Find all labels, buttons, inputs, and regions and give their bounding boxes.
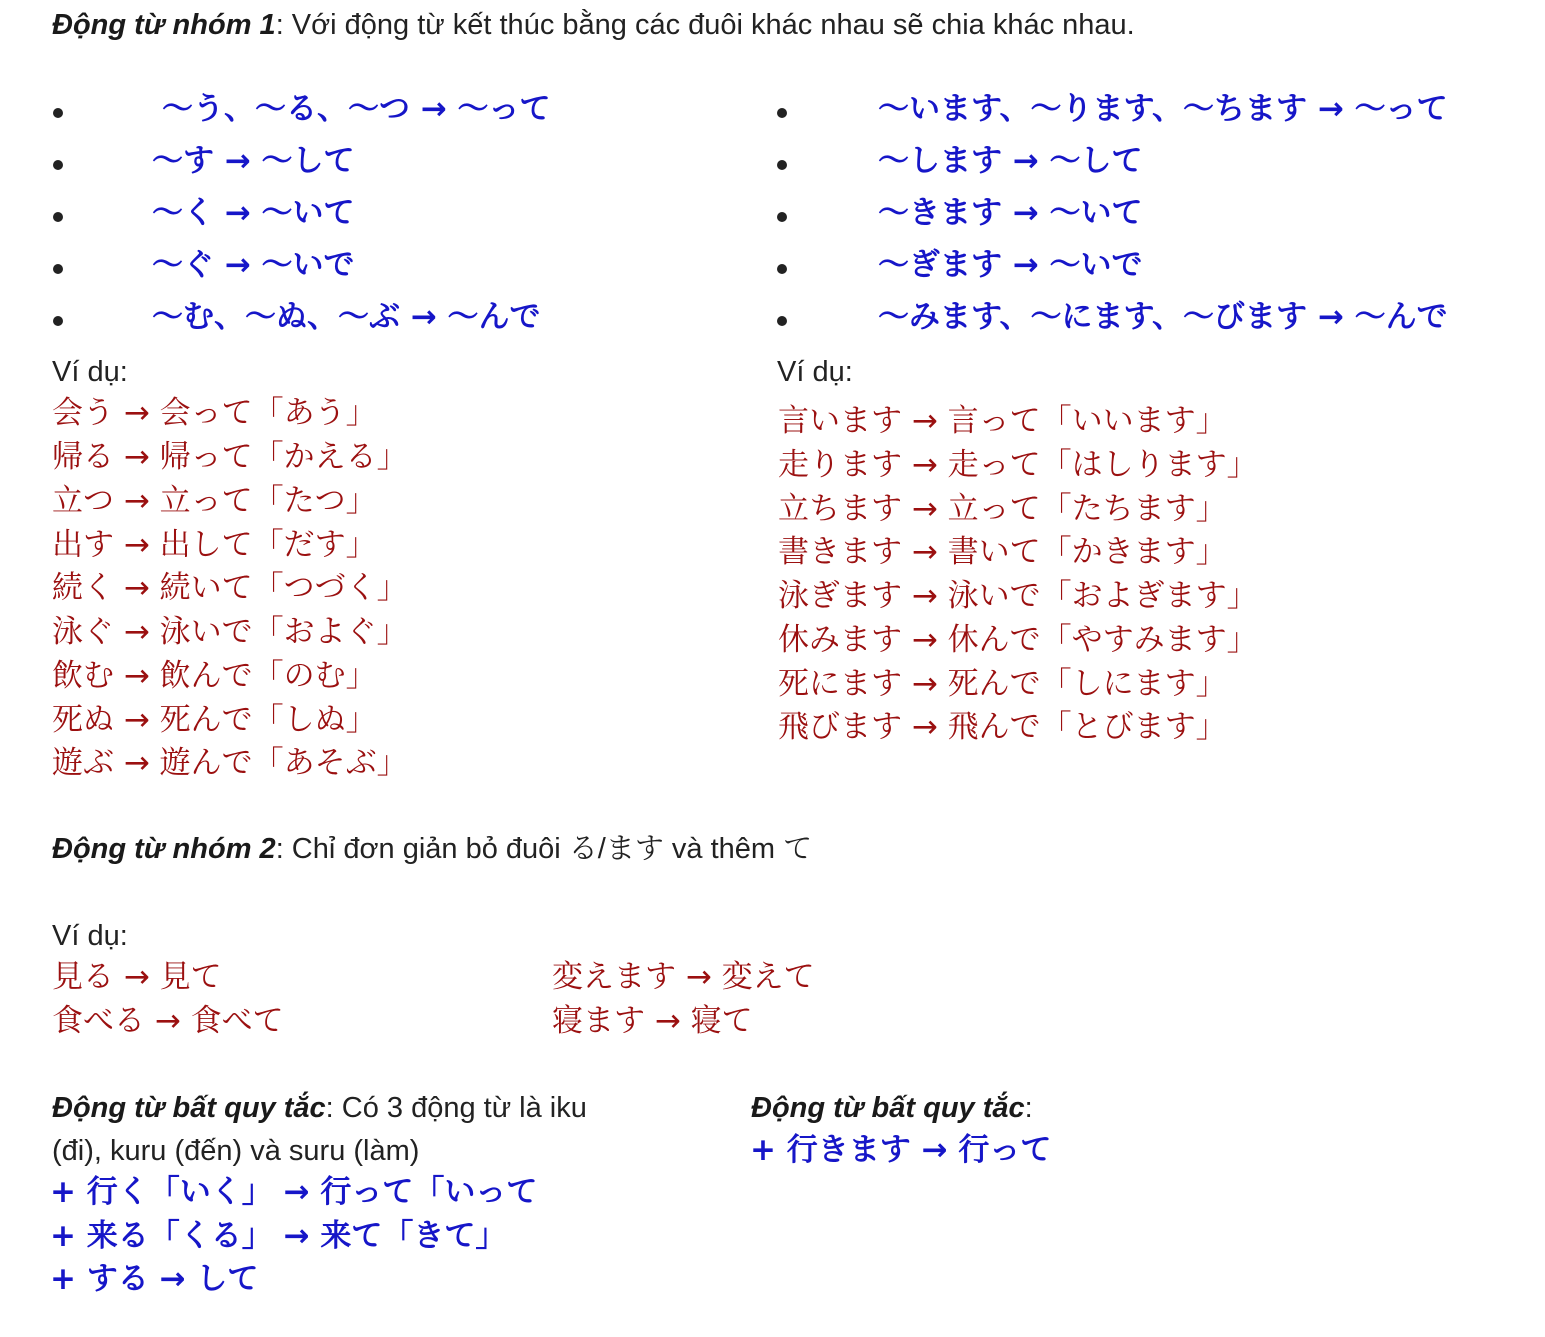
example-item: 言います → 言って「いいます」	[778, 406, 1227, 437]
example-item: 走ります → 走って「はしります」	[778, 450, 1258, 481]
example-item: 変えます → 変えて	[552, 962, 815, 993]
rule-item: ～ぐ → ～いで	[152, 250, 355, 281]
rule-item: ～います、～ります、～ちます → ～って	[878, 94, 1448, 125]
example-item: 帰る → 帰って「かえる」	[52, 442, 408, 473]
irregular-left-description: : Có 3 động từ là iku	[326, 1092, 587, 1124]
example-item: 続く → 続いて「つづく」	[52, 573, 408, 604]
example-item: 寝ます → 寝て	[552, 1006, 753, 1037]
group1-description: : Với động từ kết thúc bằng các đuôi khá…	[276, 9, 1135, 41]
example-item: 出す → 出して「だす」	[52, 530, 377, 561]
irregular-item: + 来る「くる」 → 来て「きて」	[50, 1221, 506, 1252]
irregular-item: + する → して	[50, 1264, 258, 1295]
bullet-icon	[777, 212, 787, 222]
irregular-left-title: Động từ bất quy tắc	[52, 1092, 326, 1124]
example-item: 会う → 会って「あう」	[52, 398, 377, 429]
bullet-icon	[53, 160, 63, 170]
rule-item: ～みます、～にます、～びます → ～んで	[878, 302, 1448, 333]
example-item: 休みます → 休んで「やすみます」	[778, 625, 1258, 656]
group2-heading: Động từ nhóm 2: Chỉ đơn giản bỏ đuôi る/ま…	[52, 835, 812, 864]
example-item: 書きます → 書いて「かきます」	[778, 537, 1227, 568]
bullet-icon	[777, 160, 787, 170]
example-label-right: Ví dụ:	[777, 358, 853, 387]
rule-item: ～く → ～いて	[152, 198, 355, 229]
irregular-item: + 行きます → 行って	[750, 1135, 1051, 1166]
rule-item: ～ぎます → ～いで	[878, 250, 1143, 281]
rule-item: ～す → ～して	[152, 146, 355, 177]
rule-item: ～む、～ぬ、～ぶ → ～んで	[152, 302, 541, 333]
example-label-left: Ví dụ:	[52, 358, 128, 387]
group2-title: Động từ nhóm 2	[52, 833, 276, 865]
example-item: 飲む → 飲んで「のむ」	[52, 661, 377, 692]
irregular-item: + 行く「いく」 → 行って「いって	[50, 1177, 537, 1208]
bullet-icon	[777, 264, 787, 274]
bullet-icon	[777, 108, 787, 118]
irregular-right-heading: Động từ bất quy tắc:	[751, 1094, 1033, 1123]
example-item: 見る → 見て	[52, 962, 222, 993]
example-item: 飛びます → 飛んで「とびます」	[778, 712, 1227, 743]
bullet-icon	[53, 264, 63, 274]
irregular-left-heading: Động từ bất quy tắc: Có 3 động từ là iku	[52, 1094, 587, 1123]
bullet-icon	[53, 108, 63, 118]
irregular-right-colon: :	[1025, 1092, 1033, 1124]
bullet-icon	[777, 316, 787, 326]
example-item: 食べる → 食べて	[52, 1006, 284, 1037]
example-item: 泳ぐ → 泳いで「およぐ」	[52, 617, 408, 648]
group2-description: : Chỉ đơn giản bỏ đuôi る/ます và thêm て	[276, 833, 812, 865]
group1-title: Động từ nhóm 1	[52, 9, 276, 41]
rule-item: ～う、～る、～つ → ～って	[162, 94, 551, 125]
example-item: 立ちます → 立って「たちます」	[778, 494, 1227, 525]
bullet-icon	[53, 316, 63, 326]
example-item: 死ぬ → 死んで「しぬ」	[52, 705, 377, 736]
rule-item: ～します → ～して	[878, 146, 1143, 177]
group2-example-label: Ví dụ:	[52, 922, 128, 951]
irregular-right-title: Động từ bất quy tắc	[751, 1092, 1025, 1124]
irregular-left-description-line2: (đi), kuru (đến) và suru (làm)	[52, 1137, 419, 1166]
bullet-icon	[53, 212, 63, 222]
rule-item: ～きます → ～いて	[878, 198, 1143, 229]
example-item: 立つ → 立って「たつ」	[52, 486, 377, 517]
example-item: 死にます → 死んで「しにます」	[778, 669, 1227, 700]
group1-heading: Động từ nhóm 1: Với động từ kết thúc bằn…	[52, 11, 1135, 40]
example-item: 泳ぎます → 泳いで「およぎます」	[778, 581, 1258, 612]
example-item: 遊ぶ → 遊んで「あそぶ」	[52, 748, 408, 779]
